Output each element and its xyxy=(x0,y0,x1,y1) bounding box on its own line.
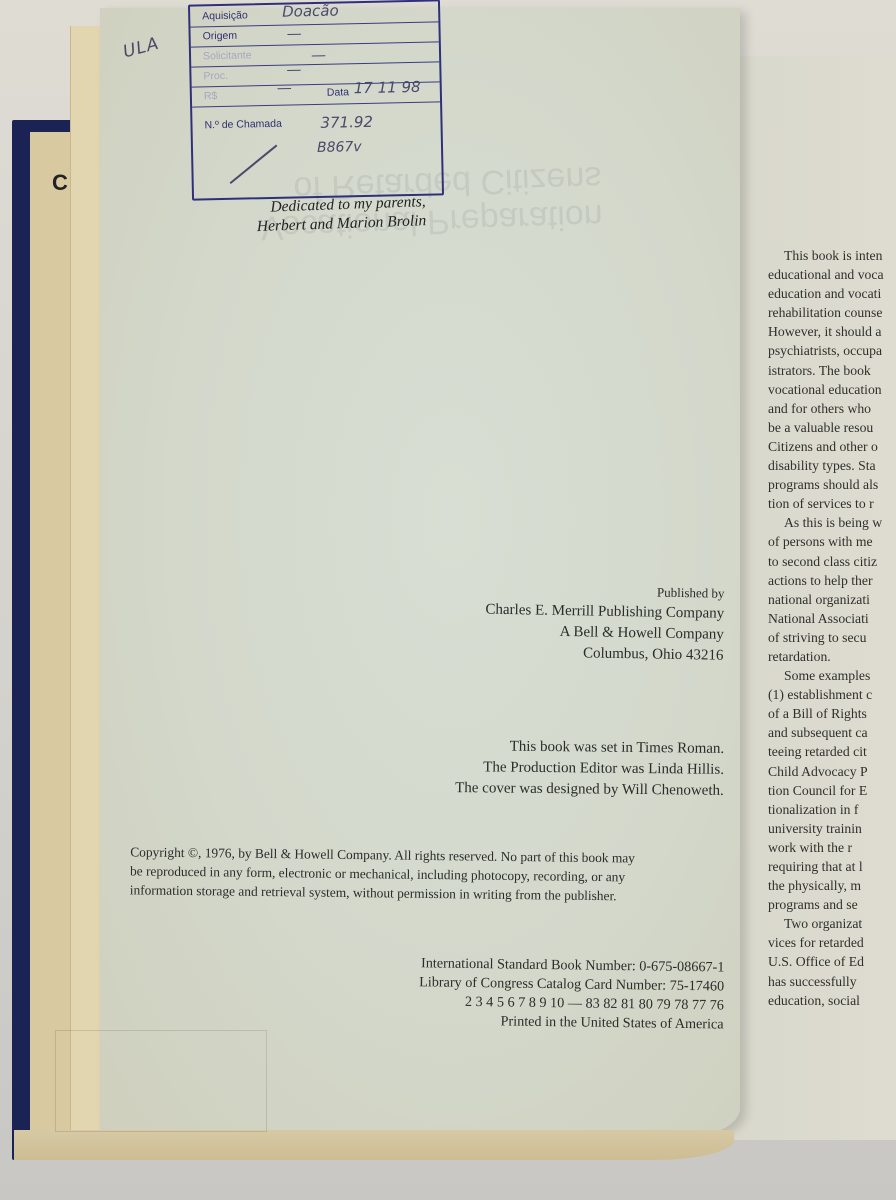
right-page-line: vocational education xyxy=(768,380,896,399)
stamp-value: — xyxy=(286,60,301,78)
stamp-value: — xyxy=(286,24,301,42)
right-page-line: This book is inten xyxy=(768,246,896,265)
back-cover-letter: C xyxy=(52,170,68,196)
right-page-line: programs and se xyxy=(768,895,896,914)
right-page-line: of a Bill of Rights xyxy=(768,704,896,723)
right-page-line: National Associati xyxy=(768,609,896,628)
right-page-line: istrators. The book xyxy=(768,361,896,380)
library-stamp: Aquisição Doacão Origem — Solicitante — … xyxy=(188,0,444,201)
right-page-line: However, it should a xyxy=(768,322,896,341)
right-page-text: This book is inteneducational and vocaed… xyxy=(768,246,896,1010)
right-page-line: psychiatrists, occupa xyxy=(768,341,896,360)
right-page-line: national organizati xyxy=(768,590,896,609)
publisher-block: Published by Charles E. Merrill Publishi… xyxy=(403,577,724,667)
right-page-line: to second class citiz xyxy=(768,552,896,571)
right-page-line: of striving to secu xyxy=(768,628,896,647)
stamp-cutter-number: B867v xyxy=(317,139,362,156)
right-page-line: As this is being w xyxy=(768,513,896,532)
right-page-line: and subsequent ca xyxy=(768,723,896,742)
stamp-value: — xyxy=(311,46,326,64)
right-page-line: Some examples xyxy=(768,666,896,685)
stamp-label: Proc. xyxy=(203,70,228,83)
stamp-label: R$ xyxy=(204,90,218,102)
right-page-line: retardation. xyxy=(768,647,896,666)
faint-bleedthrough-box xyxy=(55,1030,267,1132)
right-page-line: be a valuable resou xyxy=(768,418,896,437)
right-page-line: tion of services to r xyxy=(768,494,896,513)
right-page-line: rehabilitation counse xyxy=(768,303,896,322)
right-page-line: Citizens and other o xyxy=(768,437,896,456)
right-page-line: actions to help ther xyxy=(768,571,896,590)
stamp-label: Solicitante xyxy=(203,49,252,62)
stamp-value: Doacão xyxy=(282,2,339,21)
right-page-line: teeing retarded cit xyxy=(768,742,896,761)
stamp-row: R$ — Data 17 11 98 xyxy=(192,81,440,107)
copyright-notice: Copyright ©, 1976, by Bell & Howell Comp… xyxy=(130,842,731,906)
right-page-line: Two organizat xyxy=(768,914,896,933)
right-page-line: vices for retarded xyxy=(768,933,896,952)
right-page-line: Child Advocacy P xyxy=(768,762,896,781)
production-credits: This book was set in Times Roman. The Pr… xyxy=(364,735,725,802)
right-page-line: tionalization in f xyxy=(768,800,896,819)
right-page-line: and for others who xyxy=(768,399,896,418)
stamp-date-value: 17 11 98 xyxy=(354,78,421,97)
right-page-line: educational and voca xyxy=(768,265,896,284)
stamp-call-number-label: N.º de Chamada xyxy=(204,118,282,132)
page-bottom-curl xyxy=(14,1130,734,1160)
stamp-label: Aquisição xyxy=(202,9,248,22)
stamp-call-number: 371.92 xyxy=(320,113,373,132)
back-cover-inner-page xyxy=(30,132,70,1142)
stamp-date-label: Data xyxy=(327,86,349,98)
right-page-line: education and vocati xyxy=(768,284,896,303)
right-page-line: of persons with me xyxy=(768,532,896,551)
right-page-line: work with the r xyxy=(768,838,896,857)
stamp-value: — xyxy=(277,79,292,97)
right-page-line: tion Council for E xyxy=(768,781,896,800)
credit-line: The cover was designed by Will Chenoweth… xyxy=(364,777,724,802)
right-page-line: university trainin xyxy=(768,819,896,838)
right-page-line: (1) establishment c xyxy=(768,685,896,704)
right-page-line: education, social xyxy=(768,991,896,1010)
isbn-block: International Standard Book Number: 0-67… xyxy=(363,953,724,1034)
right-page-line: disability types. Sta xyxy=(768,456,896,475)
right-page-line: requiring that at l xyxy=(768,857,896,876)
right-page-line: has successfully xyxy=(768,972,896,991)
handwritten-slash xyxy=(230,145,277,184)
stamp-label: Origem xyxy=(203,30,238,43)
right-page-line: the physically, m xyxy=(768,876,896,895)
right-page-line: U.S. Office of Ed xyxy=(768,952,896,971)
right-page-line: programs should als xyxy=(768,475,896,494)
dedication: Dedicated to my parents, Herbert and Mar… xyxy=(205,192,426,238)
